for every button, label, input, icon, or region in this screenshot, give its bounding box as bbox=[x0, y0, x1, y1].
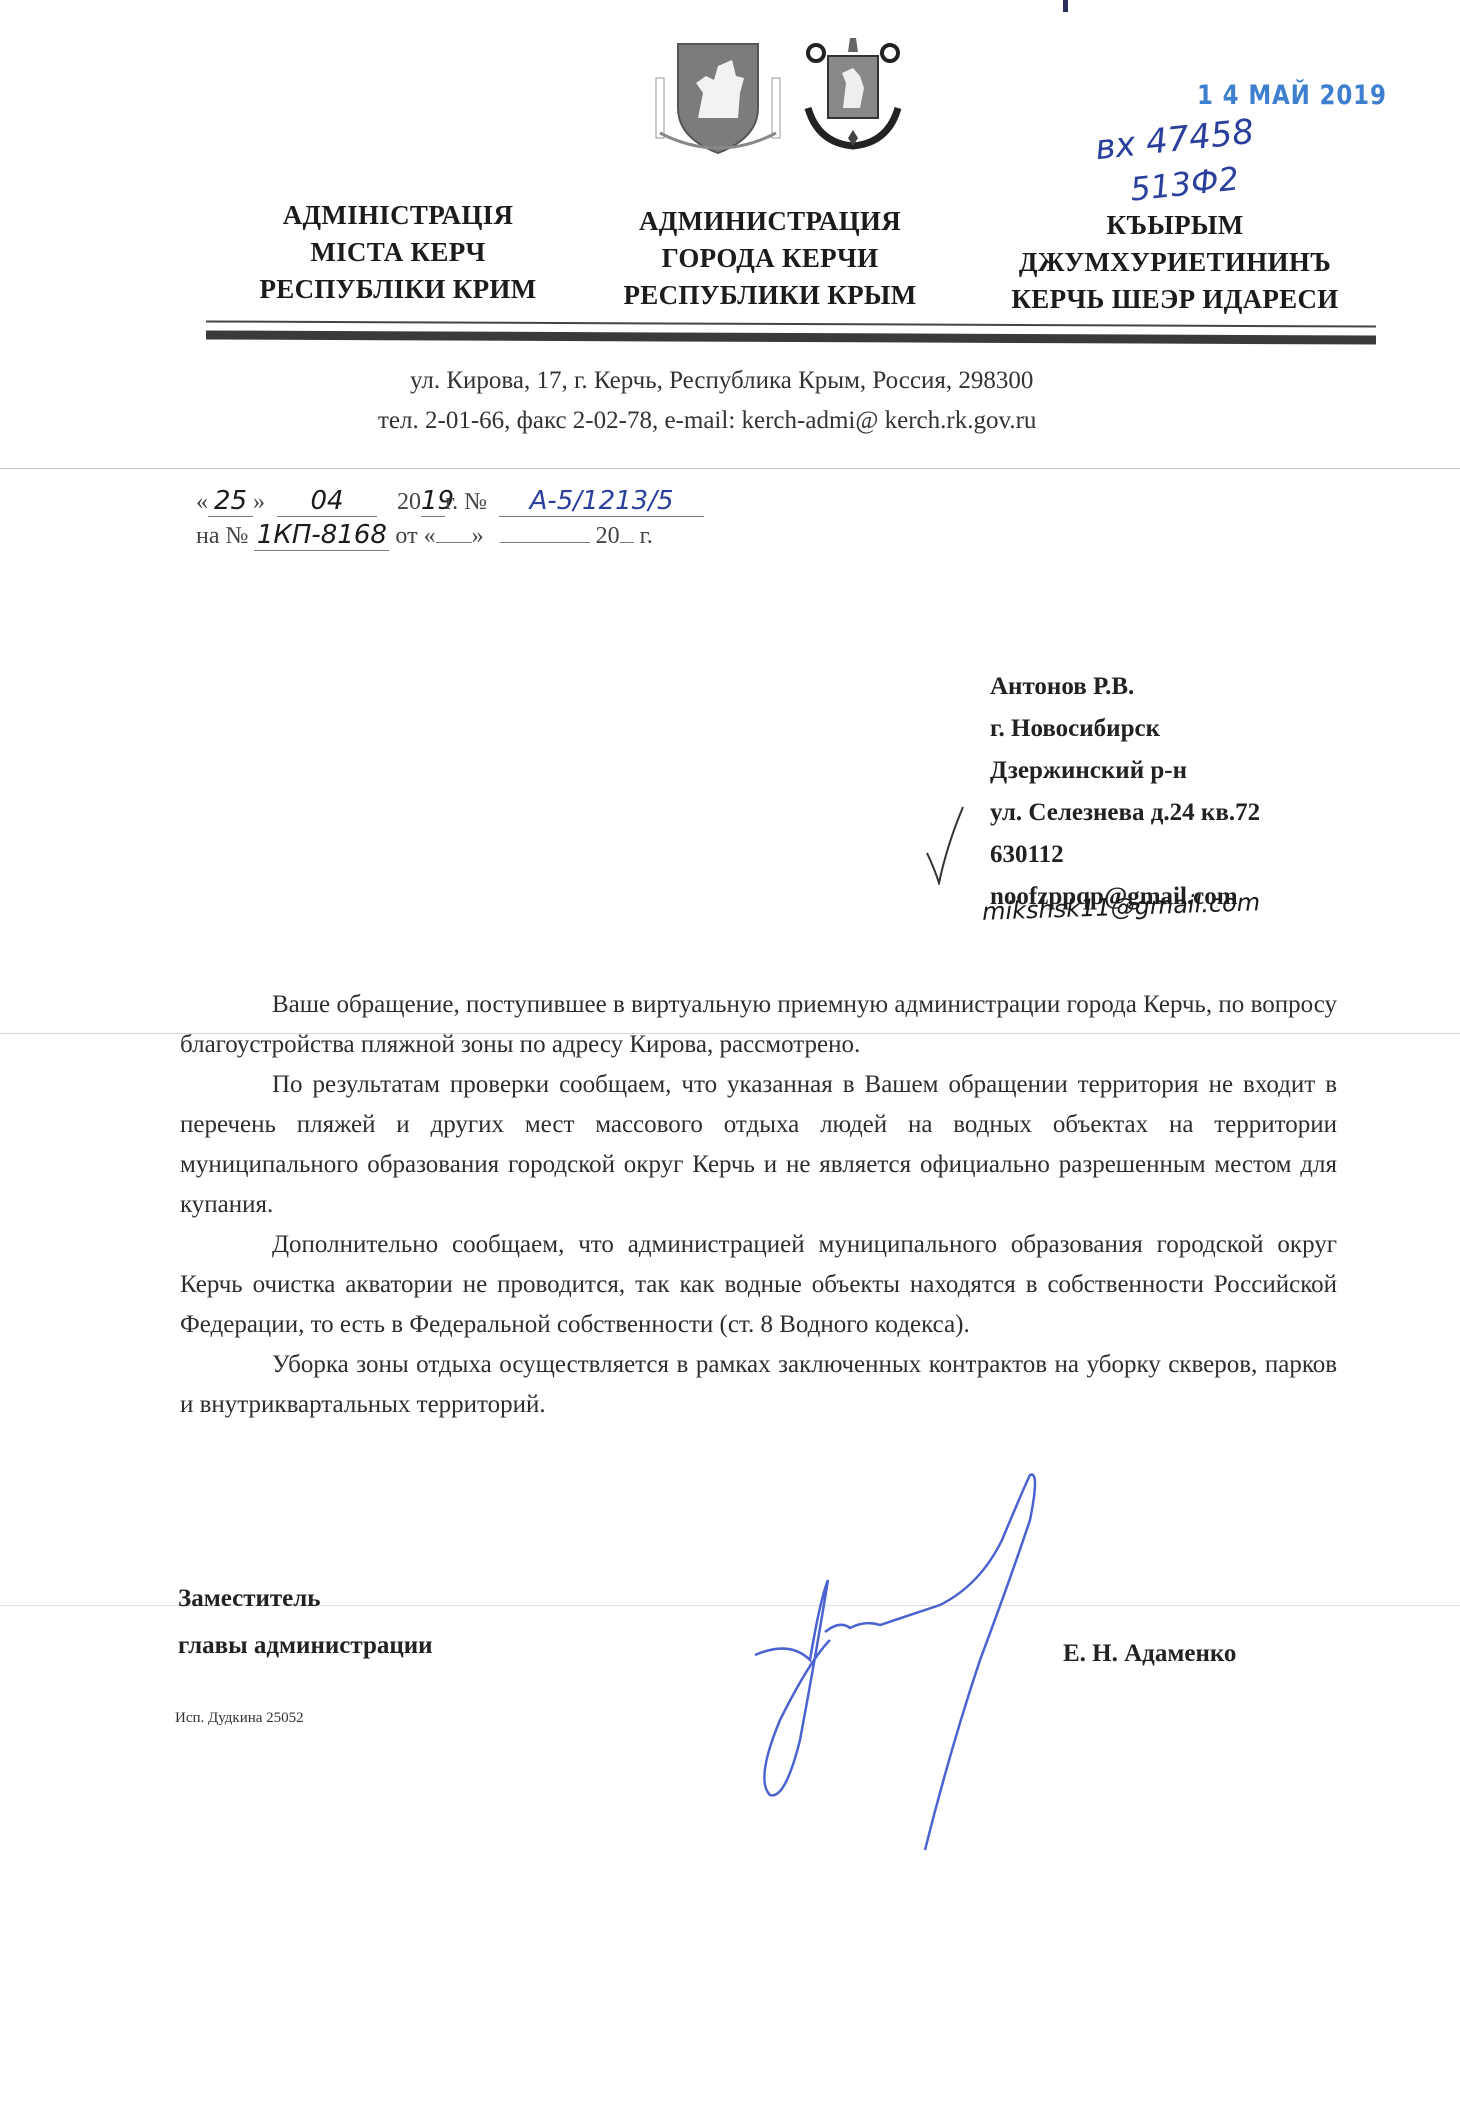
header-divider-thin bbox=[206, 320, 1376, 327]
from-year-blank bbox=[620, 542, 634, 543]
received-date-stamp: 1 4 МАЙ 2019 bbox=[1197, 80, 1387, 111]
kerch-coat-of-arms-icon bbox=[798, 38, 908, 158]
body-paragraph: По результатам проверки сообщаем, что ук… bbox=[180, 1065, 1337, 1225]
header-divider-thick bbox=[206, 330, 1376, 344]
header-crimean-tatar-line: КЪЫРЫМ bbox=[985, 207, 1365, 244]
from-label: от « bbox=[395, 523, 435, 549]
signatory-title-line: главы администрации bbox=[178, 1622, 433, 1669]
from-year-prefix: 20 bbox=[596, 523, 620, 549]
in-reply-reference-line: на № 1КП-8168 от «» 20 г. bbox=[196, 520, 653, 551]
outgoing-day: 25 bbox=[208, 486, 253, 517]
header-crimean-tatar: КЪЫРЫМ ДЖУМХУРИЕТИНИНЪ КЕРЧЬ ШЕЭР ИДАРЕС… bbox=[985, 207, 1365, 318]
header-crimean-tatar-line: КЕРЧЬ ШЕЭР ИДАРЕСИ bbox=[985, 281, 1365, 318]
paper-fold-line bbox=[0, 1033, 1460, 1034]
signatory-name: Е. Н. Адаменко bbox=[1063, 1640, 1236, 1668]
header-russian-line: ГОРОДА КЕРЧИ bbox=[600, 240, 940, 277]
header-ukrainian-line: МІСТА КЕРЧ bbox=[238, 234, 558, 271]
body-paragraph: Дополнительно сообщаем, что администраци… bbox=[180, 1225, 1337, 1345]
from-day-blank bbox=[436, 542, 472, 543]
recipient-city: г. Новосибирск bbox=[990, 708, 1260, 750]
letter-body: Ваше обращение, поступившее в виртуальну… bbox=[180, 985, 1337, 1425]
outgoing-month: 04 bbox=[277, 486, 377, 517]
handwritten-signature bbox=[740, 1460, 1060, 1865]
header-russian: АДМИНИСТРАЦИЯ ГОРОДА КЕРЧИ РЕСПУБЛИКИ КР… bbox=[600, 203, 940, 314]
header-crimean-tatar-line: ДЖУМХУРИЕТИНИНЪ bbox=[985, 244, 1365, 281]
recipient-district: Дзержинский р-н bbox=[990, 750, 1260, 792]
outgoing-year-prefix: 20 bbox=[397, 489, 421, 515]
paper-fold-line bbox=[0, 468, 1460, 469]
from-year-suffix: г. bbox=[640, 523, 653, 549]
recipient-postcode: 630112 bbox=[990, 834, 1260, 876]
body-paragraph: Уборка зоны отдыха осуществляется в рамк… bbox=[180, 1345, 1337, 1425]
outgoing-number: А-5/1213/5 bbox=[499, 486, 704, 517]
header-russian-line: РЕСПУБЛИКИ КРЫМ bbox=[600, 277, 940, 314]
header-ukrainian: АДМІНІСТРАЦІЯ МІСТА КЕРЧ РЕСПУБЛІКИ КРИМ bbox=[238, 197, 558, 308]
quote-close: » bbox=[472, 523, 484, 549]
quote-open: « bbox=[196, 489, 208, 515]
org-address: ул. Кирова, 17, г. Керчь, Республика Кры… bbox=[410, 362, 1033, 400]
crimea-coat-of-arms-icon bbox=[648, 38, 788, 163]
number-label: г. № bbox=[445, 489, 487, 515]
registration-number-handwritten: 513Ф2 bbox=[1128, 159, 1240, 208]
executor-note: Исп. Дудкина 25052 bbox=[175, 1710, 304, 1727]
body-paragraph: Ваше обращение, поступившее в виртуальну… bbox=[180, 985, 1337, 1065]
header-ukrainian-line: РЕСПУБЛІКИ КРИМ bbox=[238, 271, 558, 308]
quote-close: » bbox=[253, 489, 265, 515]
from-month-blank bbox=[500, 542, 590, 543]
outgoing-reference-line: «25» 04 2019г. № А-5/1213/5 bbox=[196, 486, 704, 517]
recipient-name: Антонов Р.В. bbox=[990, 666, 1260, 708]
in-reply-number: 1КП-8168 bbox=[254, 520, 389, 551]
header-russian-line: АДМИНИСТРАЦИЯ bbox=[600, 203, 940, 240]
in-reply-label: на № bbox=[196, 523, 248, 549]
outgoing-year-suffix: 19 bbox=[421, 486, 445, 517]
recipient-block: Антонов Р.В. г. Новосибирск Дзержинский … bbox=[990, 666, 1260, 918]
org-phones-email: тел. 2-01-66, факс 2-02-78, e-mail: kerc… bbox=[378, 402, 1036, 440]
signatory-title-line: Заместитель bbox=[178, 1575, 433, 1622]
check-mark-icon bbox=[925, 805, 965, 890]
scan-edge-mark bbox=[1063, 0, 1068, 12]
signatory-title: Заместитель главы администрации bbox=[178, 1575, 433, 1669]
header-ukrainian-line: АДМІНІСТРАЦІЯ bbox=[238, 197, 558, 234]
recipient-street: ул. Селезнева д.24 кв.72 bbox=[990, 792, 1260, 834]
